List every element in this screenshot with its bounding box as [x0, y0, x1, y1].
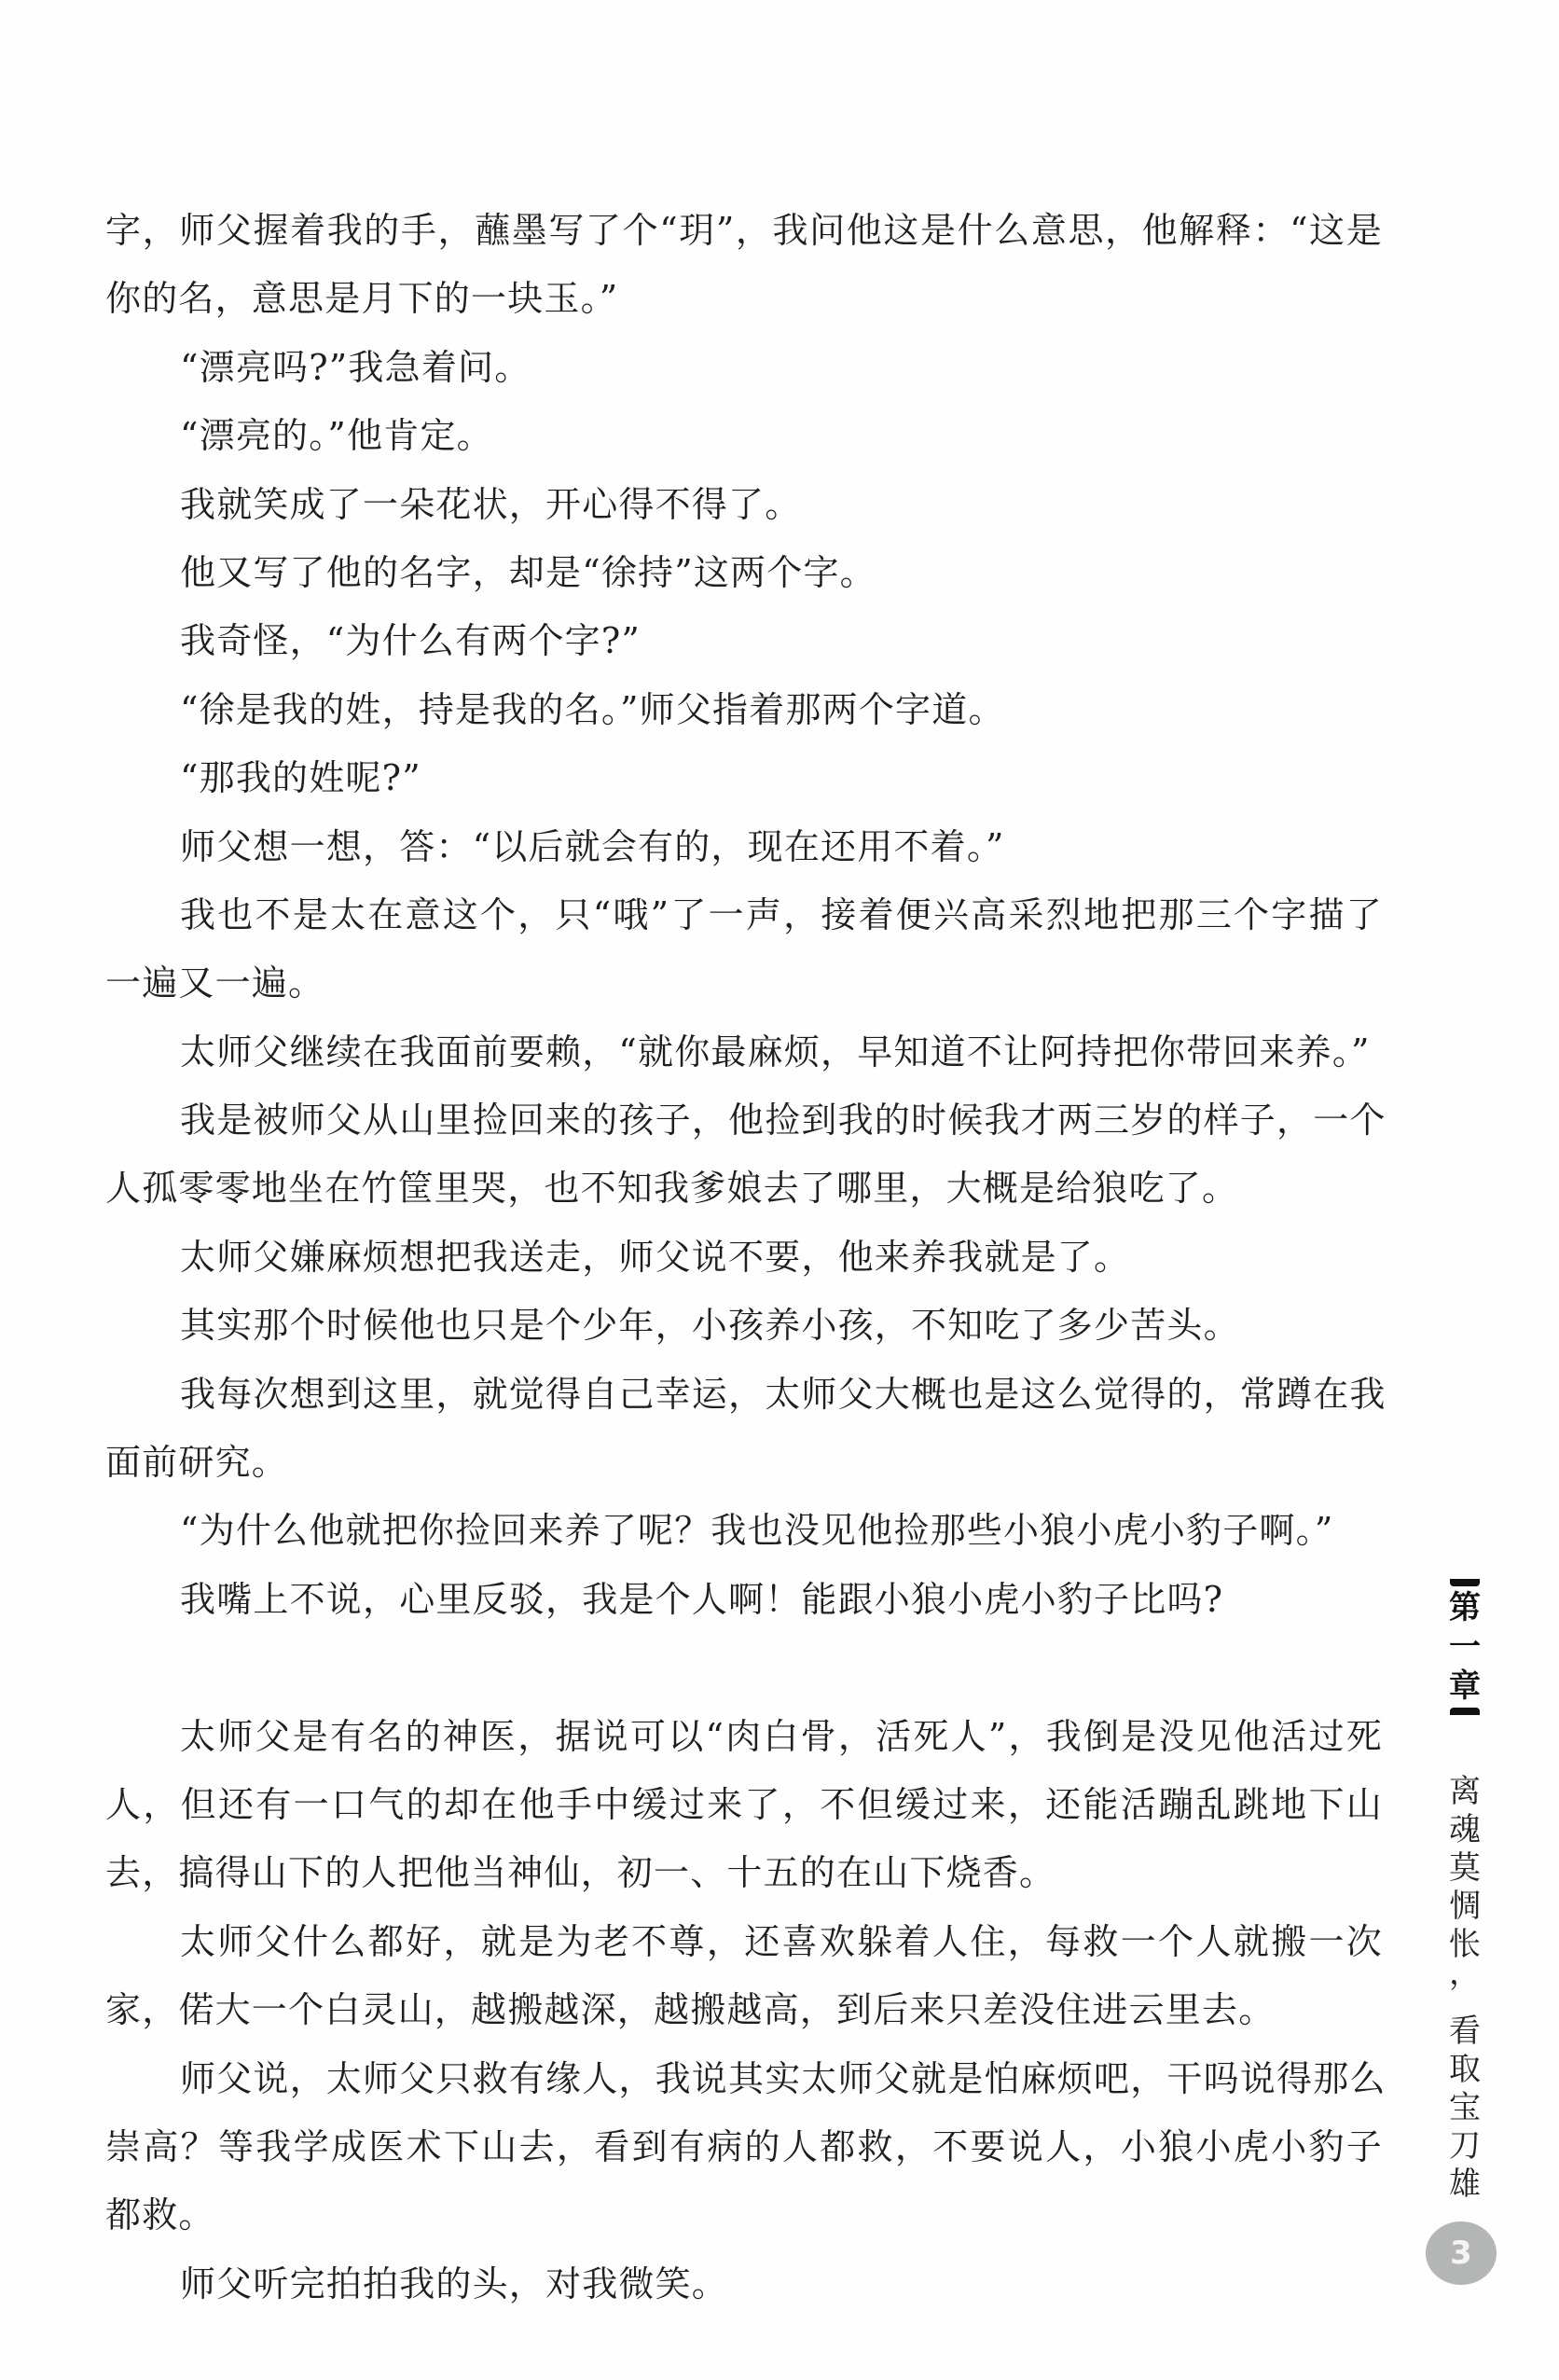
- bracket-top: [1450, 1579, 1480, 1586]
- paragraph-line: 我也不是太在意这个，只“哦”了一声，接着便兴高采烈地把那三个字描了: [105, 892, 1383, 960]
- paragraph-line: 太师父是有名的神医，据说可以“肉白骨，活死人”，我倒是没见他活过死: [105, 1713, 1383, 1781]
- paragraph-line: 家，偌大一个白灵山，越搬越深，越搬越高，到后来只差没住进云里去。: [105, 1986, 1383, 2055]
- chapter-label-char: 章: [1449, 1667, 1481, 1706]
- paragraph-line: 一遍又一遍。: [105, 960, 1383, 1028]
- chapter-sidebar: 第 一 章 离 魂 莫 惆 怅 ， 看 取 宝 刀 雄: [1442, 1579, 1488, 2204]
- chapter-label-char: 第: [1449, 1588, 1481, 1627]
- paragraph-line: 我嘴上不说，心里反驳，我是个人啊！能跟小狼小虎小豹子比吗?: [105, 1576, 1383, 1644]
- paragraph-line: 我就笑成了一朵花状，开心得不得了。: [105, 481, 1383, 549]
- paragraph-line: 太师父嫌麻烦想把我送走，师父说不要，他来养我就是了。: [105, 1234, 1383, 1302]
- paragraph-line: “为什么他就把你捡回来养了呢？我也没见他捡那些小狼小虎小豹子啊。”: [105, 1507, 1383, 1575]
- chapter-title-char: 莫: [1449, 1849, 1481, 1888]
- paragraph-line: 太师父继续在我面前要赖，“就你最麻烦，早知道不让阿持把你带回来养。”: [105, 1029, 1383, 1097]
- chapter-label: 第 一 章: [1449, 1579, 1481, 1715]
- paragraph-line: “漂亮的。”他肯定。: [105, 412, 1383, 480]
- paragraph-line: 你的名，意思是月下的一块玉。”: [105, 275, 1383, 343]
- chapter-title-char: 取: [1449, 2051, 1481, 2089]
- paragraph-line: 我每次想到这里，就觉得自己幸运，太师父大概也是这么觉得的，常蹲在我: [105, 1371, 1383, 1439]
- paragraph-line: 太师父什么都好，就是为老不尊，还喜欢躲着人住，每救一个人就搬一次: [105, 1918, 1383, 1986]
- paragraph-line: “漂亮吗?”我急着问。: [105, 344, 1383, 412]
- paragraph-line: 人孤零零地坐在竹筐里哭，也不知我爹娘去了哪里，大概是给狼吃了。: [105, 1165, 1383, 1233]
- chapter-title-char: 魂: [1449, 1811, 1481, 1849]
- paragraph-line: “徐是我的姓，持是我的名。”师父指着那两个字道。: [105, 686, 1383, 754]
- chapter-title-char: 宝: [1449, 2089, 1481, 2127]
- chapter-title-char: 看: [1449, 2013, 1481, 2051]
- paragraph-line: 人，但还有一口气的却在他手中缓过来了，不但缓过来，还能活蹦乱跳地下山: [105, 1781, 1383, 1849]
- chapter-title-char: 离: [1449, 1773, 1481, 1811]
- chapter-title-char: 惆: [1449, 1888, 1481, 1926]
- chapter-title-char: 雄: [1449, 2166, 1481, 2204]
- paragraph-line: 都救。: [105, 2192, 1383, 2260]
- paragraph-line: “那我的姓呢?”: [105, 754, 1383, 823]
- paragraph-line: 其实那个时候他也只是个少年，小孩养小孩，不知吃了多少苦头。: [105, 1302, 1383, 1370]
- chapter-label-char: 一: [1449, 1627, 1481, 1667]
- paragraph-line: 崇高？等我学成医术下山去，看到有病的人都救，不要说人，小狼小虎小豹子: [105, 2124, 1383, 2192]
- paragraph-line: 我奇怪，“为什么有两个字?”: [105, 617, 1383, 685]
- paragraph-line: 他又写了他的名字，却是“徐持”这两个字。: [105, 549, 1383, 617]
- chapter-title-comma: ，: [1449, 1964, 1481, 1992]
- chapter-title-char: 刀: [1449, 2127, 1481, 2166]
- paragraph-line: 师父想一想，答：“以后就会有的，现在还用不着。”: [105, 823, 1383, 892]
- paragraph-line: 我是被师父从山里捡回来的孩子，他捡到我的时候我才两三岁的样子，一个: [105, 1097, 1383, 1165]
- page-number-badge: 3: [1426, 2221, 1497, 2285]
- paragraph-line: 师父听完拍拍我的头，对我微笑。: [105, 2261, 1383, 2329]
- paragraph-line: 字，师父握着我的手，蘸墨写了个“玥”，我问他这是什么意思，他解释：“这是: [105, 207, 1383, 275]
- bracket-bottom: [1450, 1708, 1480, 1715]
- section-break: [105, 1644, 1383, 1712]
- chapter-title: 离 魂 莫 惆 怅 ， 看 取 宝 刀 雄: [1449, 1773, 1481, 2204]
- paragraph-line: 面前研究。: [105, 1439, 1383, 1507]
- paragraph-line: 去，搞得山下的人把他当神仙，初一、十五的在山下烧香。: [105, 1849, 1383, 1917]
- page-body: 字，师父握着我的手，蘸墨写了个“玥”，我问他这是什么意思，他解释：“这是你的名，…: [105, 207, 1383, 2329]
- paragraph-line: 师父说，太师父只救有缘人，我说其实太师父就是怕麻烦吧，干吗说得那么: [105, 2055, 1383, 2124]
